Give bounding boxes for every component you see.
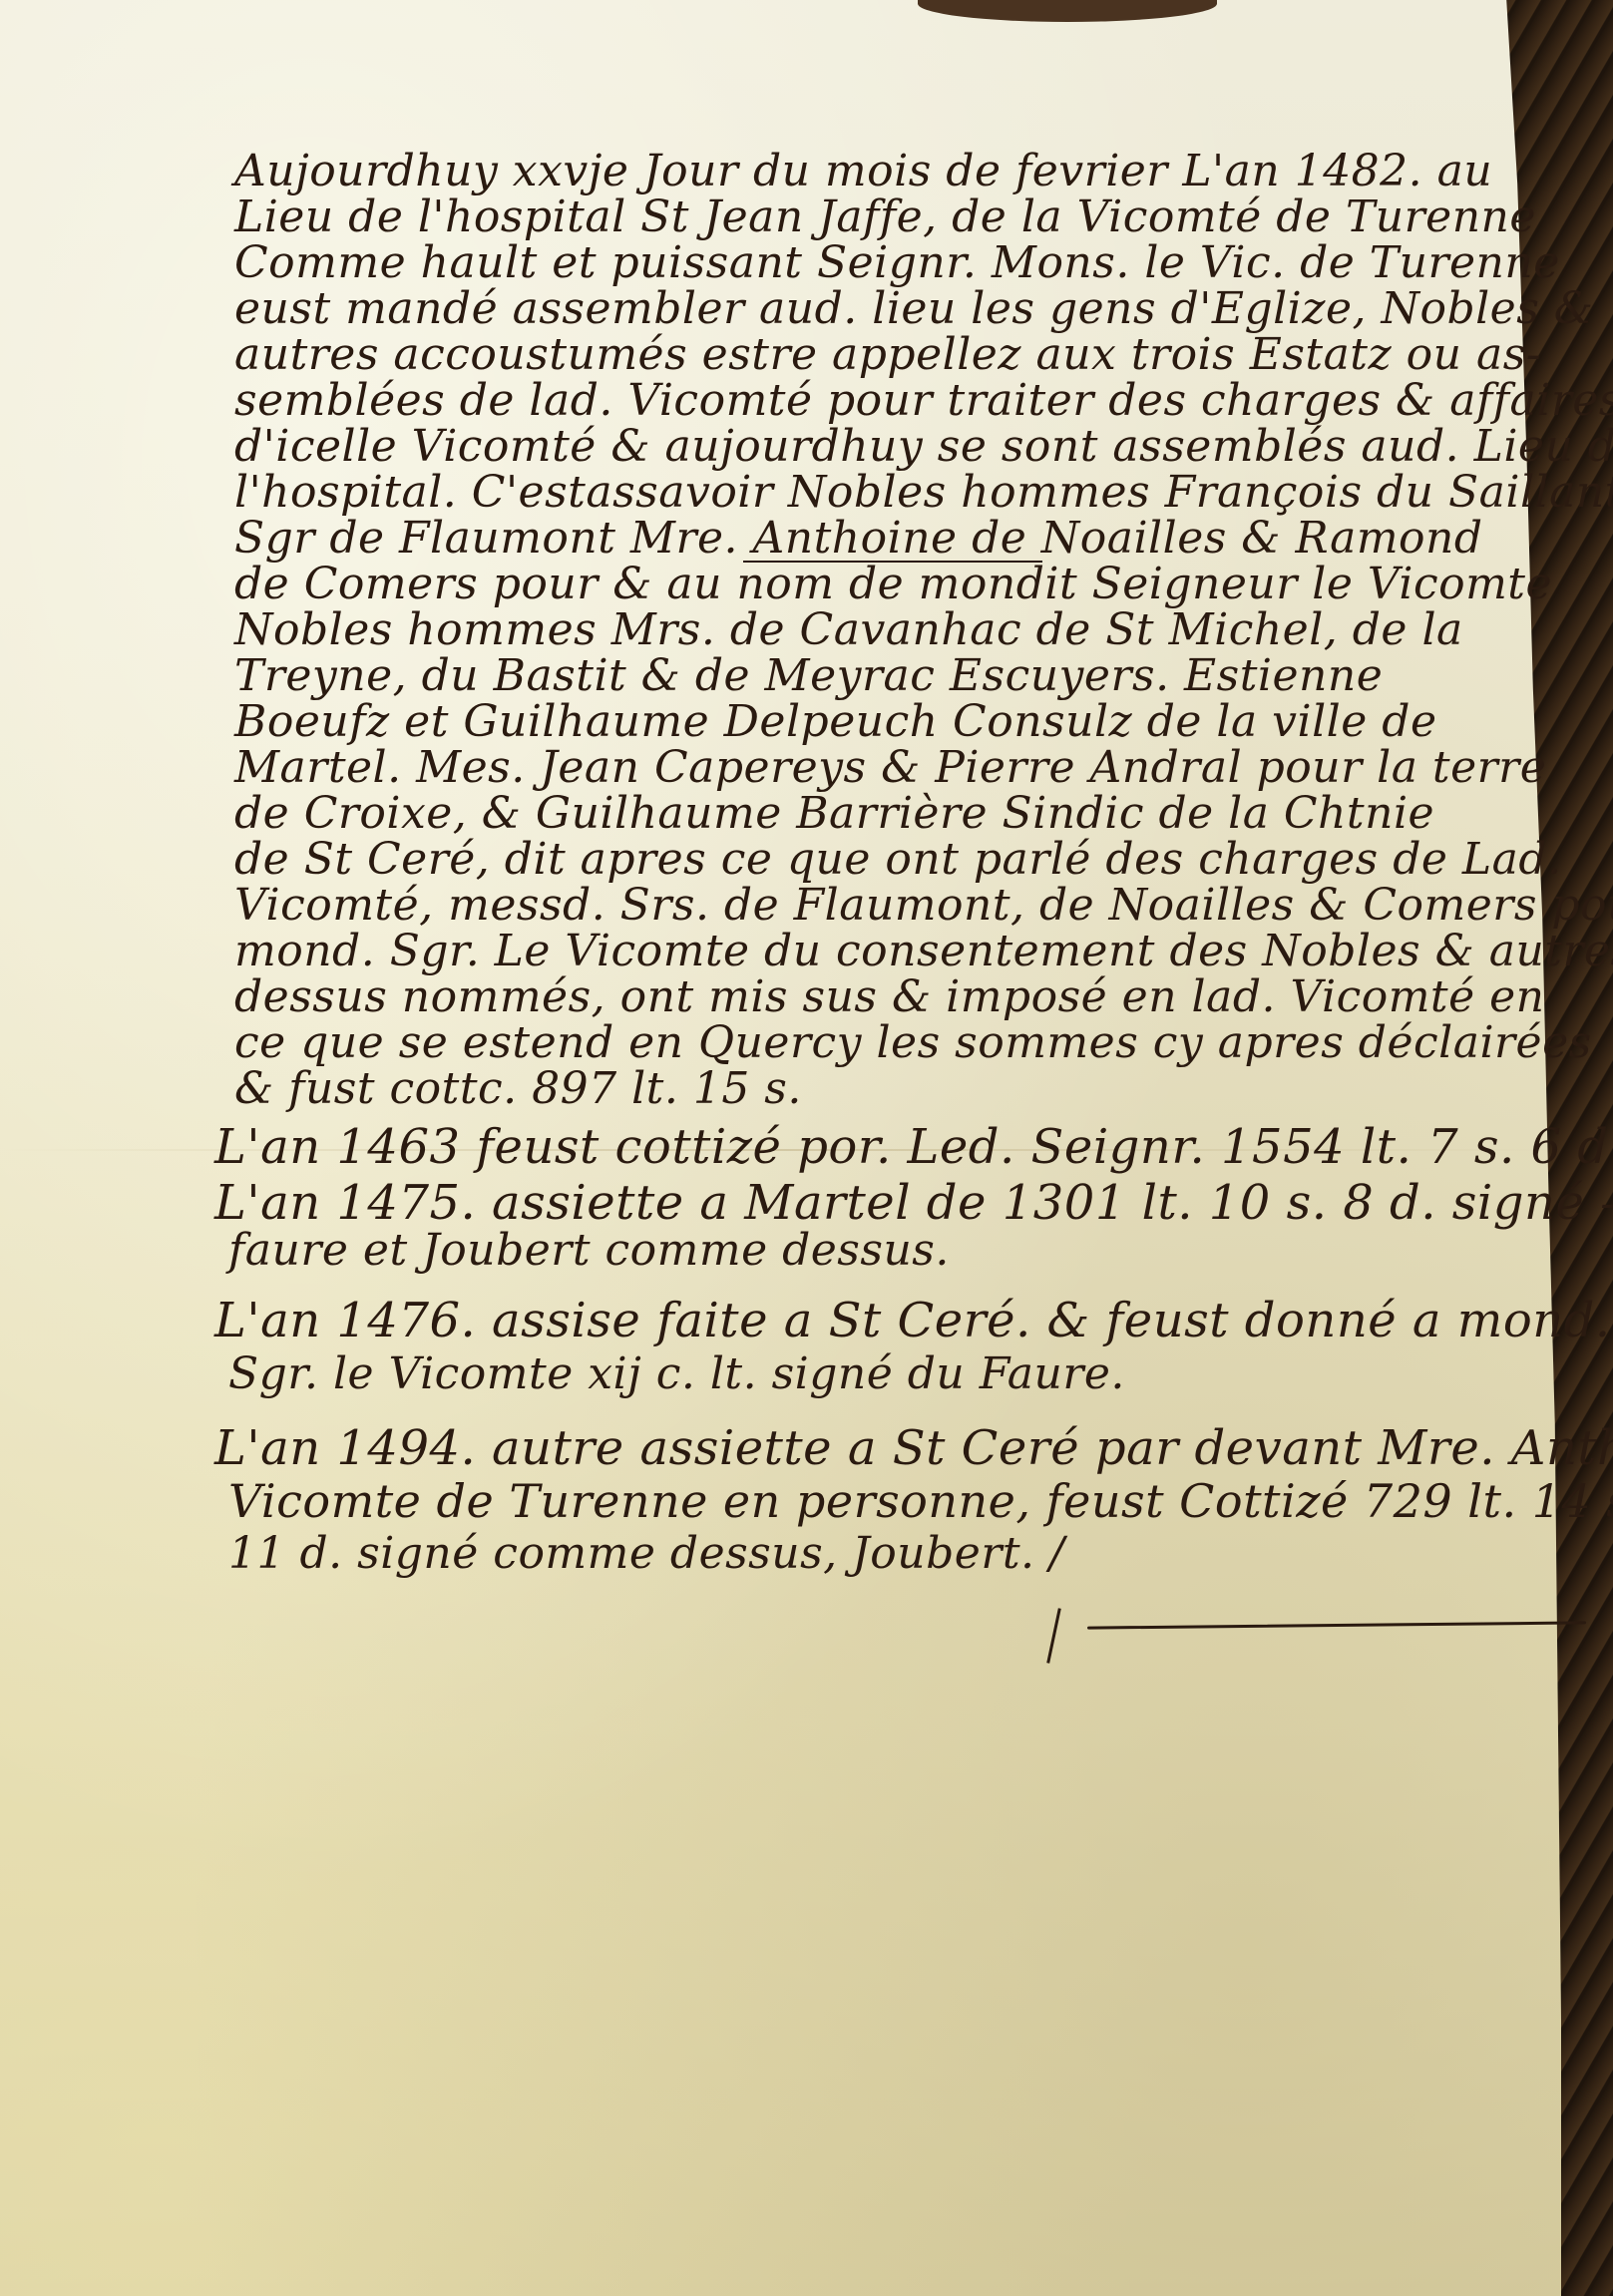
text-line: Comme hault et puissant Seignr. Mons. le…	[234, 241, 1541, 289]
text-line: Treyne, du Bastit & de Meyrac Escuyers. …	[234, 654, 1541, 702]
text-line: l'hospital. C'estassavoir Nobles hommes …	[234, 471, 1541, 519]
text-line: Martel. Mes. Jean Capereys & Pierre Andr…	[234, 746, 1541, 794]
text-line: L'an 1494. autre assiette a St Ceré par …	[214, 1424, 1541, 1472]
text-line: Boeufz et Guilhaume Delpeuch Consulz de …	[234, 700, 1541, 748]
text-line: Vicomte de Turenne en personne, feust Co…	[228, 1478, 1541, 1526]
text-line: 11 d. signé comme dessus, Joubert. /	[228, 1532, 1541, 1580]
text-line: Vicomté, messd. Srs. de Flaumont, de Noa…	[234, 884, 1541, 932]
text-line: L'an 1476. assise faite a St Ceré. & feu…	[214, 1297, 1541, 1344]
text-line: Lieu de l'hospital St Jean Jaffe, de la …	[234, 195, 1541, 243]
text-line: Nobles hommes Mrs. de Cavanhac de St Mic…	[234, 608, 1541, 656]
manuscript-text: Aujourdhuy xxvje Jour du mois de fevrier…	[234, 150, 1541, 1538]
text-line: semblées de lad. Vicomté pour traiter de…	[234, 379, 1541, 427]
text-line: ce que se estend en Quercy les sommes cy…	[234, 1021, 1541, 1069]
text-line: Sgr. le Vicomte xij c. lt. signé du Faur…	[228, 1352, 1541, 1400]
text-line: eust mandé assembler aud. lieu les gens …	[234, 287, 1541, 335]
text-line: de Comers pour & au nom de mondit Seigne…	[234, 563, 1541, 610]
entry-1476: L'an 1476. assise faite a St Ceré. & feu…	[214, 1299, 1541, 1394]
entry-1475: L'an 1475. assiette a Martel de 1301 lt.…	[214, 1203, 1541, 1299]
text-line: autres accoustumés estre appellez aux tr…	[234, 333, 1541, 381]
text-line: L'an 1475. assiette a Martel de 1301 lt.…	[214, 1179, 1541, 1227]
name-underline-stroke	[743, 561, 1042, 563]
text-line: d'icelle Vicomté & aujourdhuy se sont as…	[234, 425, 1541, 473]
text-line: Sgr de Flaumont Mre. Anthoine de Noaille…	[234, 517, 1541, 565]
entry-1494: L'an 1494. autre assiette a St Ceré par …	[214, 1394, 1541, 1538]
text-line: de St Ceré, dit apres ce que ont parlé d…	[234, 838, 1541, 886]
paragraph-assembly-1482: Aujourdhuy xxvje Jour du mois de fevrier…	[234, 150, 1541, 1155]
text-line: faure et Joubert comme dessus.	[228, 1229, 1541, 1277]
text-line: mond. Sgr. Le Vicomte du consentement de…	[234, 930, 1541, 977]
top-edge-tear	[918, 0, 1217, 22]
text-line: & fust cottc. 897 lt. 15 s.	[234, 1067, 1541, 1115]
text-line: L'an 1463 feust cottizé por. Led. Seignr…	[214, 1123, 1541, 1171]
text-line: Aujourdhuy xxvje Jour du mois de fevrier…	[234, 150, 1541, 197]
text-line: de Croixe, & Guilhaume Barrière Sindic d…	[234, 792, 1541, 840]
text-line: dessus nommés, ont mis sus & imposé en l…	[234, 975, 1541, 1023]
